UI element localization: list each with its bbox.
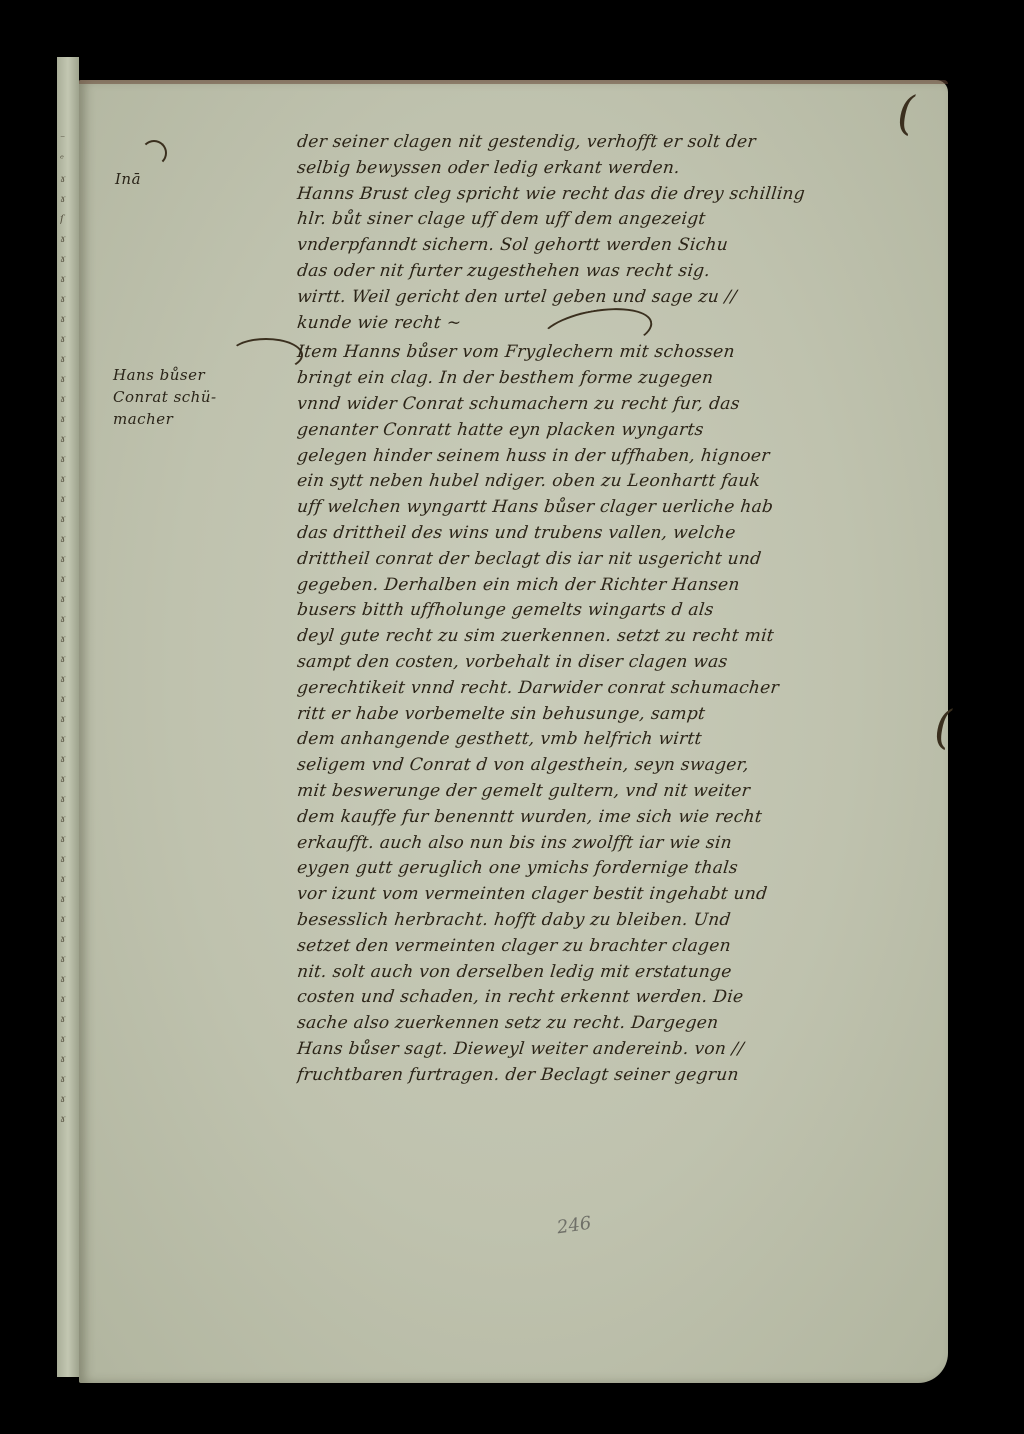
text-line: mit beswerunge der gemelt gultern, vnd n… xyxy=(296,779,959,805)
text-line: gegeben. Derhalben ein mich der Richter … xyxy=(296,573,959,599)
text-line: der seiner clagen nit gestendig, verhoff… xyxy=(296,130,959,156)
text-line: ein sytt neben hubel ndiger. oben zu Leo… xyxy=(296,469,959,495)
text-line: bringt ein clag. In der besthem forme zu… xyxy=(296,366,959,392)
text-line: ritt er habe vorbemelte sin behusunge, s… xyxy=(296,702,959,728)
text-line: vnderpfanndt sichern. Sol gehortt werden… xyxy=(296,233,959,259)
text-line: wirtt. Weil gericht den urtel geben und … xyxy=(296,285,959,311)
text-line: gerechtikeit vnnd recht. Darwider conrat… xyxy=(296,676,959,702)
text-line: das drittheil des wins und trubens valle… xyxy=(296,521,959,547)
text-line: genanter Conratt hatte eyn placken wynga… xyxy=(296,418,959,444)
text-line: besesslich herbracht. hofft daby zu blei… xyxy=(296,908,959,934)
text-line: deyl gute recht zu sim zuerkennen. setzt… xyxy=(296,624,959,650)
text-line: kunde wie recht ~ xyxy=(296,311,959,337)
text-line: sache also zuerkennen setz zu recht. Dar… xyxy=(296,1011,959,1037)
margin-flourish xyxy=(141,140,167,166)
text-line: dem kauffe fur benenntt wurden, ime sich… xyxy=(296,805,959,831)
text-line: dem anhangende gesthett, vmb helfrich wi… xyxy=(296,727,959,753)
text-line: drittheil conrat der beclagt dis iar nit… xyxy=(296,547,959,573)
text-line: nit. solt auch von derselben ledig mit e… xyxy=(296,960,959,986)
text-line: costen und schaden, in recht erkennt wer… xyxy=(296,985,959,1011)
paragraph-judgment: der seiner clagen nit gestendig, verhoff… xyxy=(297,130,957,336)
text-line: eygen gutt geruglich one ymichs forderni… xyxy=(296,856,959,882)
section-bracket-flourish xyxy=(229,338,303,372)
manuscript-page: Inā Hans bůser Conrat schü- macher ( ( d… xyxy=(79,80,948,1383)
text-line: vor izunt vom vermeinten clager bestit i… xyxy=(296,882,959,908)
binding-strip-writing: ⁻ ᵉ ɤ ɤ ſ ɤ ɤ ɤ ɤ ɤ ɤ ɤ ɤ ɤ ɤ ɤ ɤ ɤ ɤ ɤ … xyxy=(60,130,78,1180)
text-line: uff welchen wyngartt Hans bůser clager u… xyxy=(296,495,959,521)
margin-note-line: Hans bůser xyxy=(113,364,217,386)
text-line: sampt den costen, vorbehalt in diser cla… xyxy=(296,650,959,676)
paragraph-case-buser-vs-schumacher: Item Hanns bůser vom Fryglechern mit sch… xyxy=(297,340,957,1088)
margin-note-parties: Hans bůser Conrat schü- macher xyxy=(113,364,217,430)
text-line: Hans bůser sagt. Dieweyl weiter anderein… xyxy=(296,1037,959,1063)
margin-note-line: Conrat schü- xyxy=(113,386,217,408)
margin-note-line: macher xyxy=(113,408,217,430)
text-line: setzet den vermeinten clager zu brachter… xyxy=(296,934,959,960)
margin-note-ina: Inā xyxy=(115,168,141,190)
text-line: vnnd wider Conrat schumachern zu recht f… xyxy=(296,392,959,418)
text-line: seligem vnd Conrat d von algesthein, sey… xyxy=(296,753,959,779)
text-line: busers bitth uffholunge gemelts wingarts… xyxy=(296,598,959,624)
text-line: Item Hanns bůser vom Fryglechern mit sch… xyxy=(296,340,959,366)
text-line: Hanns Brust cleg spricht wie recht das d… xyxy=(296,182,959,208)
text-line: hlr. bůt siner clage uff dem uff dem ang… xyxy=(296,207,959,233)
manuscript-body: der seiner clagen nit gestendig, verhoff… xyxy=(297,130,957,1088)
text-line: selbig bewyssen oder ledig erkant werden… xyxy=(296,156,959,182)
text-line: das oder nit furter zugesthehen was rech… xyxy=(296,259,959,285)
text-line: erkaufft. auch also nun bis ins zwolfft … xyxy=(296,831,959,857)
text-line: gelegen hinder seinem huss in der uffhab… xyxy=(296,444,959,470)
text-line: fruchtbaren furtragen. der Beclagt seine… xyxy=(296,1063,959,1089)
folio-number: 246 xyxy=(556,1213,593,1239)
